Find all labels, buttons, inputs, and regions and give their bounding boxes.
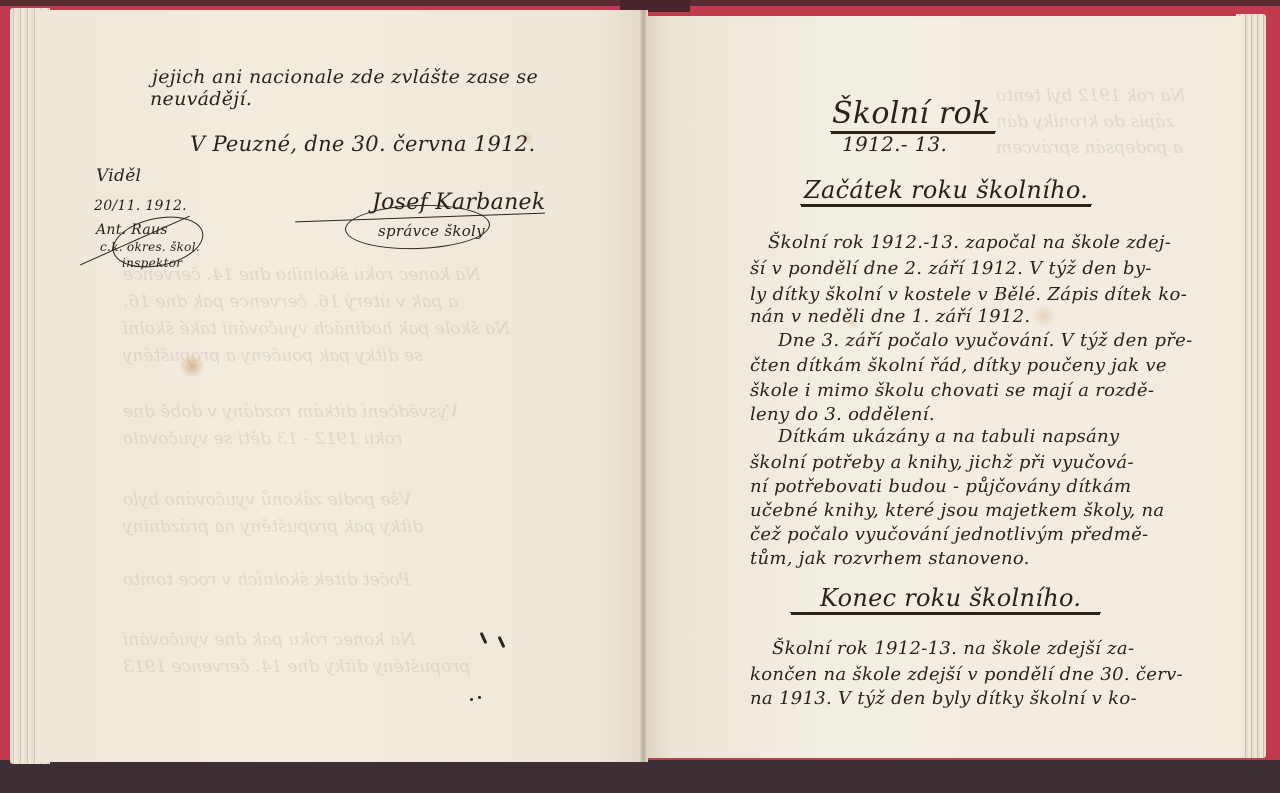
signature-name: Josef Karbanek [372,190,546,215]
section-heading-start: Začátek roku školního. [800,176,1092,205]
ink-mark [498,636,506,648]
bleed-through-text: Vše podle zákonů vyučováno bylo [123,490,412,510]
body-line: ly dítky školní v kostele v Bělé. Zápis … [750,284,1187,305]
place-date: V Peuzné, dne 30. června 1912. [190,132,535,156]
inspector-seen: Viděl [96,166,141,186]
ink-dot [478,696,481,699]
bleed-through-text: roku 1912 - 13 dětí se vyučovalo [123,429,403,449]
body-line: ší v pondělí dne 2. září 1912. V týž den… [750,258,1152,279]
body-line: škole i mimo školu chovati se mají a roz… [750,380,1154,401]
bleed-through-text: zápis do kroniky dán [996,112,1174,132]
body-line: čten dítkám školní řád, dítky poučeny ja… [750,355,1167,376]
body-line: Dne 3. září počalo vyučování. V týž den … [778,330,1193,351]
bleed-through-text: Na rok 1912 byl tento [996,86,1185,106]
inspector-name: Ant. Raus [96,222,168,238]
book-photo: Na konec roku školního dne 14. července … [0,0,1280,793]
bleed-through-text: se dítky pak poučeny a propuštěny [123,346,423,366]
body-line: na 1913. V týž den byly dítky školní v k… [750,688,1137,709]
bleed-through-text: Na škole pak hodinách vyučování také ško… [123,319,510,339]
school-year: 1912.- 13. [842,132,947,156]
page-title: Školní rok [830,96,996,132]
body-line: školní potřeby a knihy, jichž při vyučov… [750,452,1134,473]
inspector-title: inspektor [122,256,182,270]
bleed-through-text: dítky pak propuštěny na prázdniny [123,517,423,537]
table-surface [0,760,1280,793]
bleed-through-text: propuštěny dítky dne 14. července 1913 [123,657,470,677]
paper-stain [178,355,206,377]
body-line: tům, jak rozvrhem stanoveno. [750,548,1030,569]
bleed-through-text: Na konec roku pak dne vyučování [123,630,415,650]
bleed-through-text: a podepsán správcem [996,138,1183,158]
bleed-through-text: Vysvědčení dítkám rozdány v době dne [123,402,459,422]
bleed-through-text: a pak v úterý 16. července pak dne 16. [123,292,458,312]
paper-stain [1031,306,1057,326]
body-line: nán v neděli dne 1. září 1912. [750,306,1030,327]
section-heading-end: Konec roku školního. [790,584,1101,613]
left-paragraph-line: jejich ani nacionale zde zvlášte zase se [152,66,538,88]
body-line: leny do 3. oddělení. [750,404,935,425]
body-line: Školní rok 1912-13. na škole zdejší za- [772,638,1134,659]
body-line: Dítkám ukázány a na tabuli napsány [778,426,1119,447]
inspector-office: c.k. okres. škol. [100,240,200,254]
left-paragraph-line: neuvádějí. [150,88,252,110]
left-page: Na konec roku školního dne 14. července … [38,10,642,762]
body-line: ní potřebovati budou - půjčovány dítkám [750,476,1131,497]
body-line: končen na škole zdejší v pondělí dne 30.… [750,664,1183,685]
ink-dot [470,698,473,701]
signature-title: správce školy [378,222,485,240]
bleed-through-text: Počet dítek školních v roce tomto [123,570,410,590]
ink-mark [480,632,488,644]
body-line: Školní rok 1912.-13. započal na škole zd… [768,232,1171,253]
body-line: čež počalo vyučování jednotlivým předmě- [750,524,1148,545]
body-line: učebné knihy, které jsou majetkem školy,… [750,500,1164,521]
inspector-date: 20/11. 1912. [94,198,187,214]
